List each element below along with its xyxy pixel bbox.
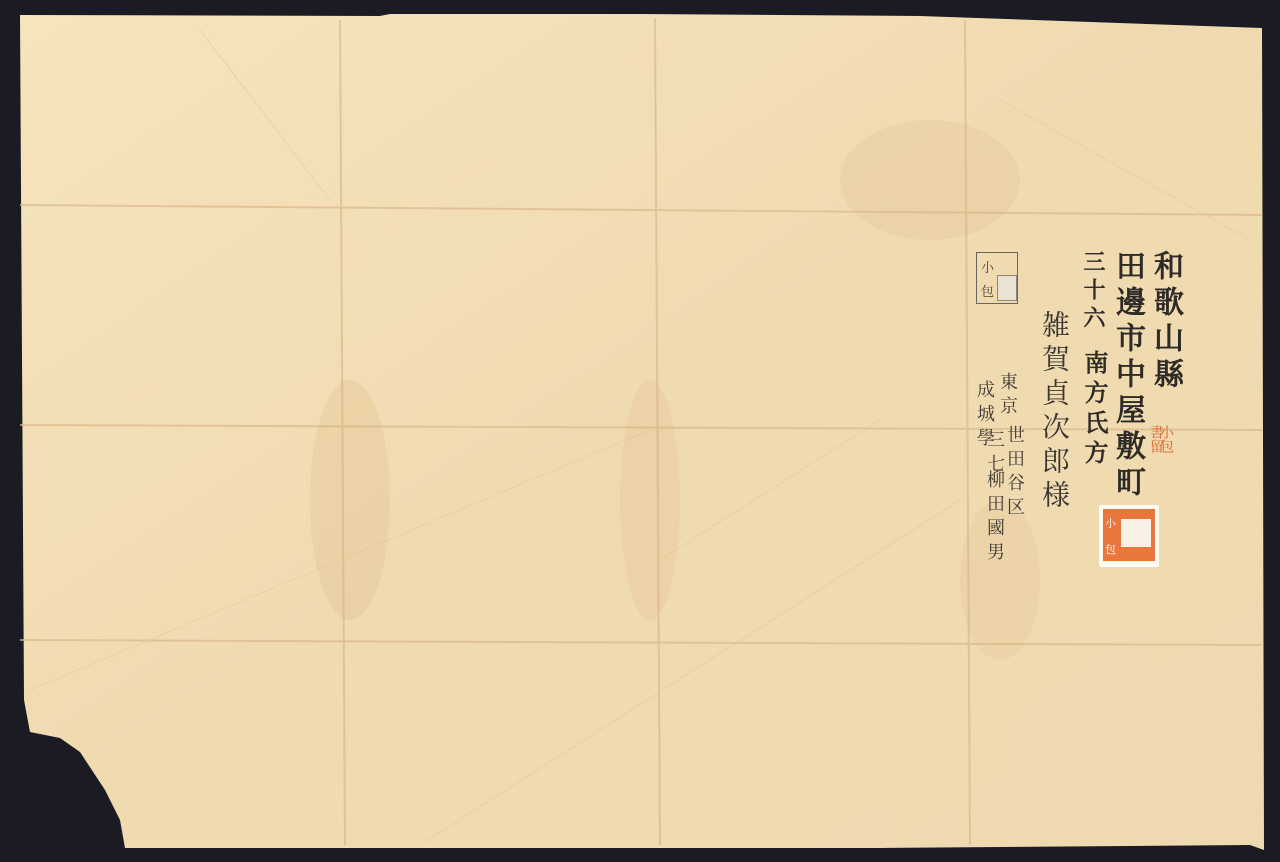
parcel-label-number-box	[1121, 519, 1151, 547]
parcel-label: 小 包	[1099, 505, 1159, 567]
address-city: 田邊市中屋敷町	[1112, 250, 1142, 502]
parcel-label-orange: 小 包	[1103, 509, 1155, 561]
stamp-box-char-2: 包	[981, 281, 994, 300]
recipient-name: 雑賀貞次郎様	[1040, 310, 1068, 514]
sender-line-3: 世田谷区	[1005, 425, 1023, 521]
sender-line-1: 東京	[998, 372, 1016, 420]
label-char-1: 小	[1105, 515, 1116, 531]
address-care-of: 南方氏方	[1082, 350, 1106, 470]
photo: 小 包 和歌山縣 田邊市中屋敷町 三十六 南方氏方 雑賀貞次郎様 東京 成城學 …	[0, 0, 1280, 862]
red-note-registered: 書留	[1146, 425, 1166, 453]
stamp-box-char-1: 小	[981, 257, 994, 276]
address-block: 三十六	[1082, 250, 1104, 334]
postage-stamp	[997, 275, 1017, 301]
label-char-2: 包	[1105, 541, 1116, 557]
sender-line-5: 柳田國男	[985, 470, 1003, 566]
address-prefecture: 和歌山縣	[1150, 250, 1180, 394]
